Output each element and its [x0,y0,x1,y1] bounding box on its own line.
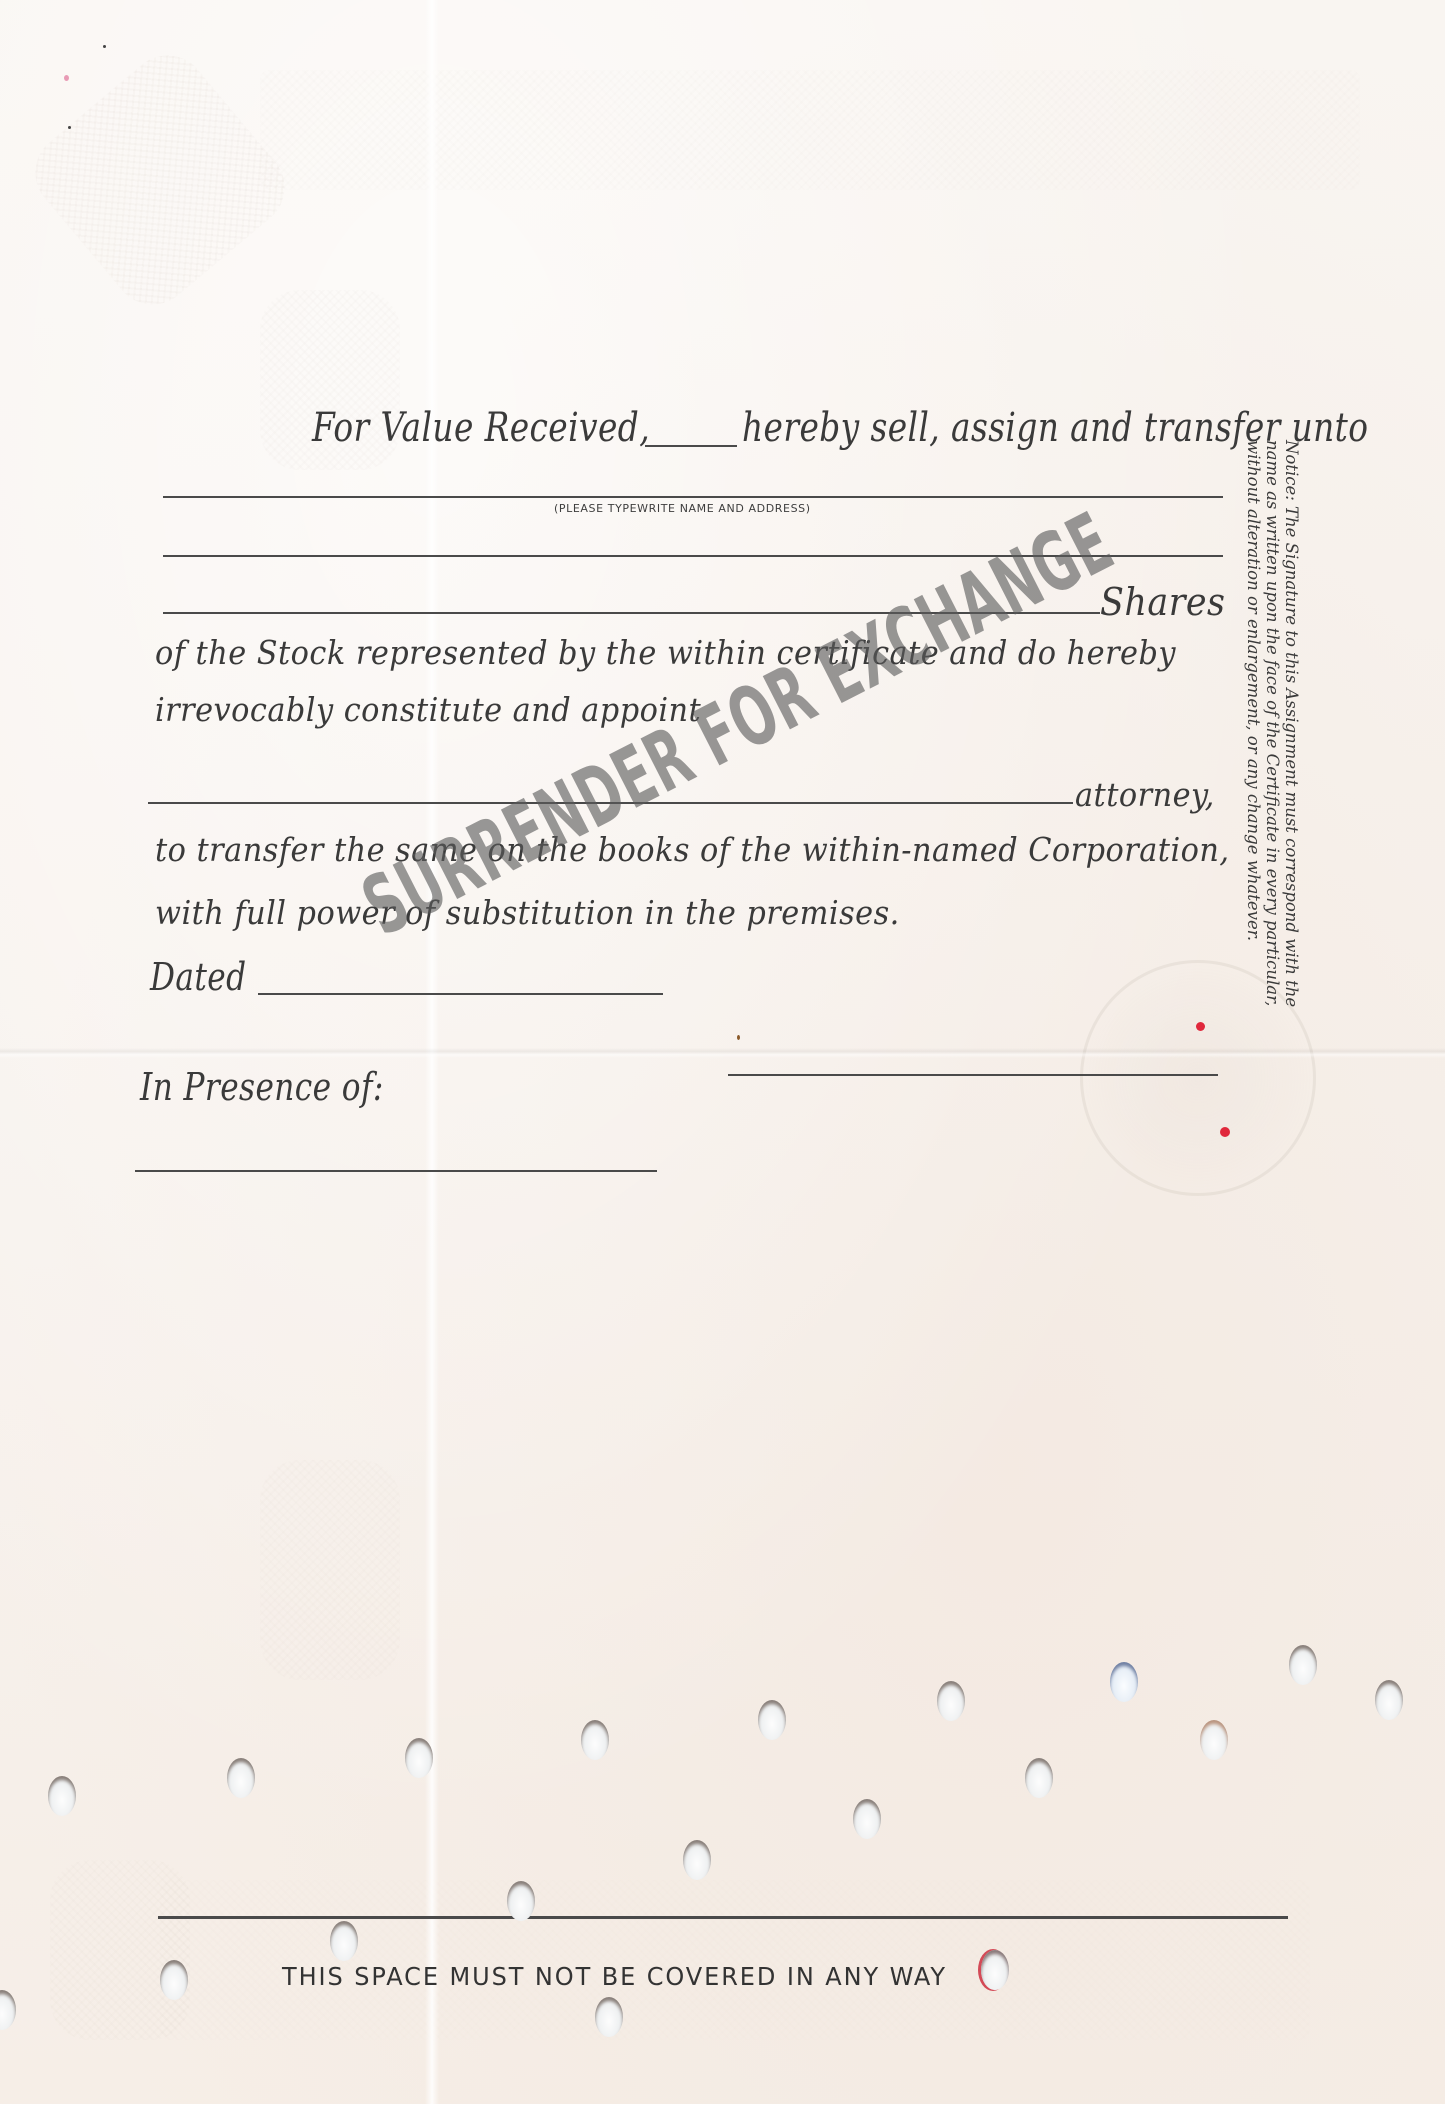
punch-hole [1110,1662,1138,1702]
transfer-books-text: to transfer the same on the books of the… [155,830,1229,869]
punch-hole [48,1776,76,1816]
ink-speck [103,45,106,48]
substitution-text: with full power of substitution in the p… [155,893,900,932]
punch-hole [581,1720,609,1760]
stock-represented-text: of the Stock represented by the within c… [155,633,1176,672]
witness-signature-line[interactable] [135,1170,657,1172]
for-value-received-heading: For Value Received, [312,405,650,451]
punch-hole [0,1990,16,2030]
punch-hole [160,1960,188,2000]
pink-ink-speck [64,75,69,81]
do-not-cover-notice: THIS SPACE MUST NOT BE COVERED IN ANY WA… [282,1962,947,1991]
guilloche-watermark-left-low [260,1460,400,1680]
in-presence-of-label: In Presence of: [140,1065,384,1109]
shares-label: Shares [1100,580,1225,624]
assignor-line[interactable] [645,445,737,447]
ink-speck [737,1035,740,1040]
bottom-border-line [158,1916,1288,1919]
punch-hole [1200,1720,1228,1760]
punch-hole [1289,1645,1317,1685]
punch-hole [595,1997,623,2037]
red-ink-speck [1196,1022,1205,1031]
typewrite-name-address-hint: (PLEASE TYPEWRITE NAME AND ADDRESS) [554,502,811,515]
punch-hole [227,1758,255,1798]
notice-line-3: without alteration or enlargement, or an… [1243,440,1262,1022]
red-ink-speck [1220,1127,1230,1137]
attorney-label: attorney, [1075,775,1215,814]
signature-notice: Notice: The Signature to this Assignment… [1243,440,1300,1040]
notice-line-1: Notice: The Signature to this Assignment… [1281,440,1300,1022]
punch-hole [853,1799,881,1839]
punch-hole [758,1700,786,1740]
punch-hole [330,1921,358,1961]
punch-hole [405,1738,433,1778]
guilloche-watermark-top-left [19,39,301,321]
notice-line-2: name as written upon the face of the Cer… [1262,440,1281,1022]
ink-speck [68,126,71,129]
dated-label: Dated [150,955,247,999]
assignee-name-line[interactable] [163,496,1223,498]
punch-hole [1025,1758,1053,1798]
punch-hole [507,1881,535,1921]
punch-hole [981,1950,1009,1990]
irrevocably-appoint-text: irrevocably constitute and appoint [155,690,701,729]
fold-crease-horizontal [0,1048,1445,1058]
guilloche-watermark-bottom [160,1880,1310,2040]
punch-hole [1375,1680,1403,1720]
assignor-signature-line[interactable] [728,1074,1218,1076]
punch-hole [937,1681,965,1721]
date-line[interactable] [258,993,663,995]
punch-hole [683,1840,711,1880]
certificate-paper: For Value Received, hereby sell, assign … [0,0,1445,2104]
